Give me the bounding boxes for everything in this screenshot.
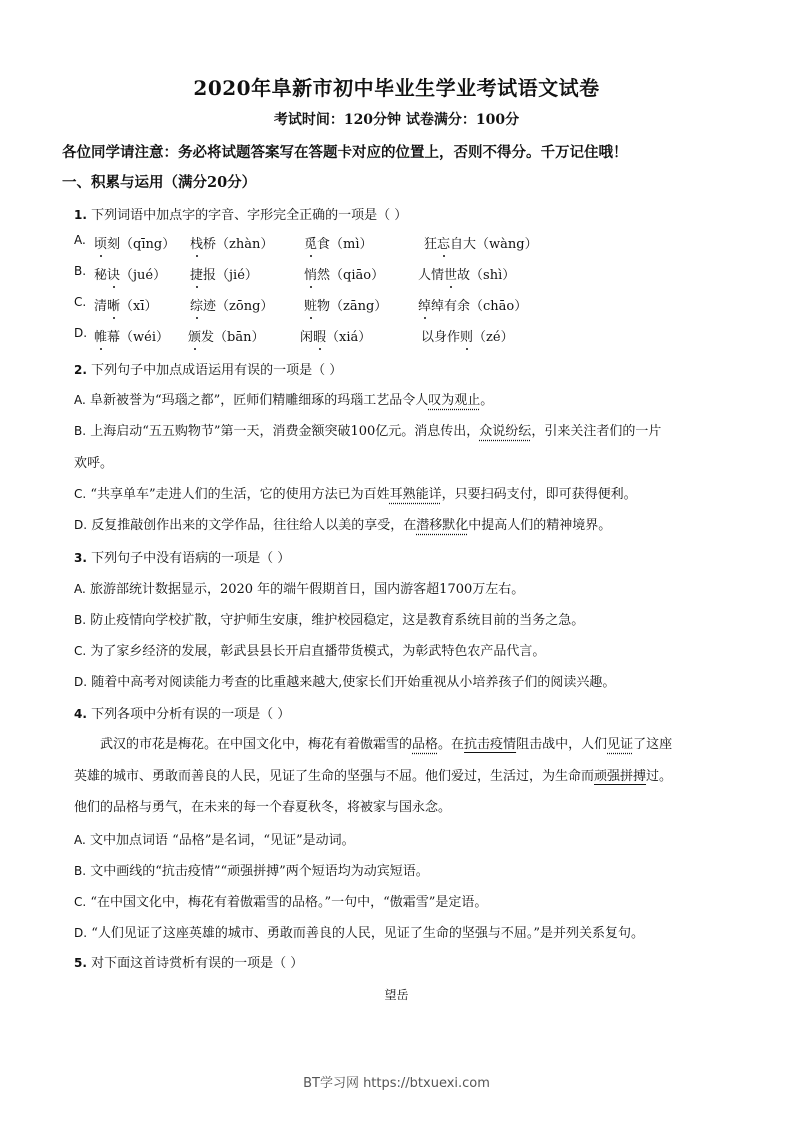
- question-1-stem: 1. 下列词语中加点字的字音、字形完全正确的一项是（ ）: [74, 204, 407, 223]
- question-4-option-b: B. 文中画线的“抗击疫情”“顽强拼搏”两个短语均为动宾短语。: [74, 860, 429, 879]
- option-label: D.: [74, 675, 87, 689]
- option-label: D.: [74, 926, 87, 940]
- question-1-option-b: B. 秘诀（jué） 捷报（jié） 悄然（qiāo） 人情世故（shì）: [74, 264, 734, 284]
- option-item: 悄然（qiāo）: [304, 264, 384, 283]
- option-label: C.: [74, 644, 86, 658]
- option-text: 阜新被誉为“玛瑙之都”，匠师们精雕细琢的玛瑙工艺品令人: [90, 393, 428, 408]
- option-text-end: 。: [480, 393, 493, 408]
- option-item: 帷幕（wéi）: [94, 326, 169, 345]
- option-label: A.: [74, 833, 86, 847]
- option-text: “共享单车”走进人们的生活，它的使用方法已为百姓: [90, 487, 389, 502]
- question-number: 5.: [74, 956, 87, 970]
- question-3-option-a: A. 旅游部统计数据显示，2020 年的端午假期首日，国内游客超1700万左右。: [74, 578, 524, 597]
- question-3-stem: 3. 下列句子中没有语病的一项是（ ）: [74, 547, 290, 566]
- option-label: A.: [74, 582, 86, 596]
- option-item: 清晰（xī）: [94, 295, 158, 314]
- passage-text: 。在: [438, 737, 464, 752]
- question-4-option-c: C. “在中国文化中，梅花有着傲霜雪的品格。”一句中，“傲霜雪”是定语。: [74, 891, 487, 910]
- dotted-idiom: 潜移默化: [416, 518, 468, 533]
- option-item: 绰绰有余（chāo）: [418, 295, 527, 314]
- exam-notice: 各位同学请注意：务必将试题答案写在答题卡对应的位置上，否则不得分。千万记住哦！: [62, 141, 628, 162]
- exam-title: 2020年阜新市初中毕业生学业考试语文试卷: [0, 72, 793, 101]
- option-text: 反复推敲创作出来的文学作品，往往给人以美的享受，在: [91, 518, 416, 533]
- option-item: 闲暇（xiá）: [300, 326, 371, 345]
- option-item: 顷刻（qīng）: [94, 233, 175, 252]
- option-item: 赃物（zāng）: [304, 295, 387, 314]
- underlined-phrase: 抗击疫情: [464, 737, 516, 752]
- option-label: A.: [74, 233, 86, 247]
- passage-text: 过。: [646, 769, 672, 784]
- option-item: 以身作则（zé）: [421, 326, 514, 345]
- passage-line-1: 武汉的市花是梅花。在中国文化中，梅花有着傲霜雪的品格。在抗击疫情阻击战中，人们见…: [100, 733, 672, 752]
- question-4-stem: 4. 下列各项中分析有误的一项是（ ）: [74, 703, 290, 722]
- option-item: 颁发（bān）: [188, 326, 264, 345]
- dotted-idiom: 耳熟能详: [390, 487, 442, 502]
- option-item: 栈桥（zhàn）: [190, 233, 273, 252]
- dotted-idiom: 叹为观止: [428, 393, 480, 408]
- option-item: 秘诀（jué）: [94, 264, 166, 283]
- dotted-word: 见证: [607, 737, 633, 752]
- question-3-option-c: C. 为了家乡经济的发展，彰武县县长开启直播带货模式，为彰武特色农产品代言。: [74, 640, 545, 659]
- question-2-option-b-continued: 欢呼。: [74, 452, 113, 471]
- question-text: 下列句子中没有语病的一项是（ ）: [91, 551, 290, 566]
- question-number: 3.: [74, 551, 87, 565]
- question-number: 1.: [74, 208, 87, 222]
- option-text: 防止疫情向学校扩散，守护师生安康，维护校园稳定，这是教育系统目前的当务之急。: [90, 613, 584, 628]
- option-text-end: ，只要扫码支付，即可获得便利。: [442, 487, 637, 502]
- question-text: 下列句子中加点成语运用有误的一项是（ ）: [91, 363, 342, 378]
- option-text: “人们见证了这座英雄的城市、勇敢而善良的人民，见证了生命的坚强与不屈。”是并列关…: [91, 926, 644, 941]
- dotted-word: 品格: [412, 737, 438, 752]
- passage-line-3: 他们的品格与勇气，在未来的每一个春夏秋冬，将被家与国永念。: [74, 796, 451, 815]
- footer-watermark[interactable]: BT学习网 https://btxuexi.com: [0, 1072, 793, 1091]
- question-2-option-a: A. 阜新被誉为“玛瑙之都”，匠师们精雕细琢的玛瑙工艺品令人叹为观止。: [74, 389, 493, 408]
- passage-text: 了这座: [633, 737, 672, 752]
- option-label: A.: [74, 393, 86, 407]
- question-1-option-d: D. 帷幕（wéi） 颁发（bān） 闲暇（xiá） 以身作则（zé）: [74, 326, 734, 346]
- question-1-option-a: A. 顷刻（qīng） 栈桥（zhàn） 觅食（mì） 狂忘自大（wàng）: [74, 233, 734, 253]
- option-item: 狂忘自大（wàng）: [424, 233, 538, 252]
- question-text: 下列词语中加点字的字音、字形完全正确的一项是（ ）: [91, 208, 407, 223]
- question-4-option-d: D. “人们见证了这座英雄的城市、勇敢而善良的人民，见证了生命的坚强与不屈。”是…: [74, 922, 644, 941]
- question-number: 2.: [74, 363, 87, 377]
- question-2-option-c: C. “共享单车”走进人们的生活，它的使用方法已为百姓耳熟能详，只要扫码支付，即…: [74, 483, 637, 502]
- passage-line-2: 英雄的城市、勇敢而善良的人民，见证了生命的坚强与不屈。他们爱过，生活过，为生命而…: [74, 765, 672, 784]
- option-text-end: ，引来关注者们的一片: [531, 424, 661, 439]
- option-label: B.: [74, 864, 86, 878]
- option-item: 捷报（jié）: [190, 264, 258, 283]
- option-label: C.: [74, 487, 86, 501]
- option-label: B.: [74, 424, 86, 438]
- passage-text: 武汉的市花是梅花。在中国文化中，梅花有着傲霜雪的: [100, 737, 412, 752]
- option-label: B.: [74, 613, 86, 627]
- question-4-option-a: A. 文中加点词语 “品格”是名词，“见证”是动词。: [74, 829, 355, 848]
- option-text: 文中加点词语 “品格”是名词，“见证”是动词。: [90, 833, 355, 848]
- option-text: 为了家乡经济的发展，彰武县县长开启直播带货模式，为彰武特色农产品代言。: [90, 644, 545, 659]
- question-5-stem: 5. 对下面这首诗赏析有误的一项是（ ）: [74, 952, 303, 971]
- option-text: 文中画线的“抗击疫情”“顽强拼搏”两个短语均为动宾短语。: [90, 864, 429, 879]
- question-1-option-c: C. 清晰（xī） 综迹（zōng） 赃物（zāng） 绰绰有余（chāo）: [74, 295, 734, 315]
- question-3-option-d: D. 随着中高考对阅读能力考查的比重越来越大,使家长们开始重视从小培养孩子们的阅…: [74, 671, 615, 690]
- option-text-end: 中提高人们的精神境界。: [468, 518, 611, 533]
- option-item: 综迹（zōng）: [190, 295, 273, 314]
- passage-text: 英雄的城市、勇敢而善良的人民，见证了生命的坚强与不屈。他们爱过，生活过，为生命而: [74, 769, 594, 784]
- dotted-idiom: 众说纷纭: [479, 424, 531, 439]
- poem-title: 望岳: [0, 986, 793, 1003]
- option-label: C.: [74, 295, 86, 309]
- exam-subtitle: 考试时间：120分钟 试卷满分：100分: [0, 109, 793, 129]
- option-item: 觅食（mì）: [304, 233, 373, 252]
- question-2-stem: 2. 下列句子中加点成语运用有误的一项是（ ）: [74, 359, 342, 378]
- question-2-option-b: B. 上海启动“五五购物节”第一天，消费金额突破100亿元。消息传出，众说纷纭，…: [74, 420, 661, 439]
- question-2-option-d: D. 反复推敲创作出来的文学作品，往往给人以美的享受，在潜移默化中提高人们的精神…: [74, 514, 611, 533]
- option-text: 随着中高考对阅读能力考查的比重越来越大,使家长们开始重视从小培养孩子们的阅读兴趣…: [91, 675, 615, 690]
- option-label: D.: [74, 518, 87, 532]
- option-item: 人情世故（shì）: [418, 264, 515, 283]
- question-3-option-b: B. 防止疫情向学校扩散，守护师生安康，维护校园稳定，这是教育系统目前的当务之急…: [74, 609, 584, 628]
- section-heading: 一、积累与运用（满分20分）: [62, 171, 256, 192]
- option-text: 旅游部统计数据显示，2020 年的端午假期首日，国内游客超1700万左右。: [90, 582, 524, 597]
- question-number: 4.: [74, 707, 87, 721]
- question-text: 下列各项中分析有误的一项是（ ）: [91, 707, 290, 722]
- question-text: 对下面这首诗赏析有误的一项是（ ）: [91, 956, 303, 971]
- option-text: 上海启动“五五购物节”第一天，消费金额突破100亿元。消息传出，: [90, 424, 479, 439]
- option-label: D.: [74, 326, 87, 340]
- option-label: B.: [74, 264, 86, 278]
- passage-text: 阻击战中，人们: [516, 737, 607, 752]
- option-label: C.: [74, 895, 86, 909]
- underlined-phrase: 顽强拼搏: [594, 769, 646, 784]
- option-text: “在中国文化中，梅花有着傲霜雪的品格。”一句中，“傲霜雪”是定语。: [90, 895, 487, 910]
